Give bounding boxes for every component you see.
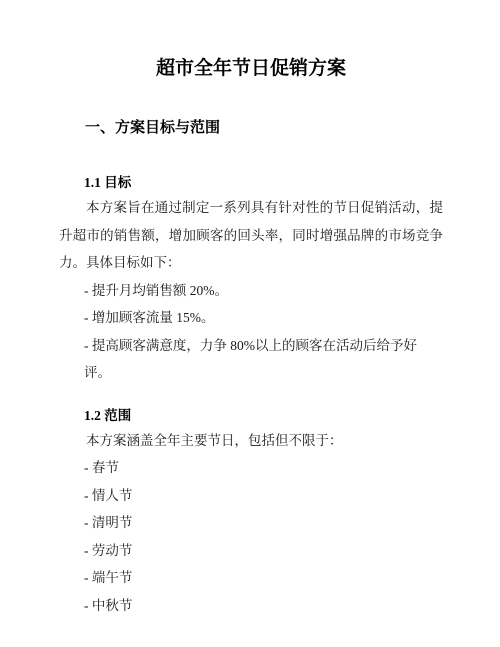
festival-bullet-labor-day: - 劳动节 xyxy=(84,537,443,565)
festival-bullet-qingming-festival: - 清明节 xyxy=(84,509,443,537)
goal-bullet-sales: - 提升月均销售额 20%。 xyxy=(84,277,443,305)
festival-bullet-spring-festival: - 春节 xyxy=(84,454,443,482)
document-page: 超市全年节日促销方案 一、方案目标与范围 1.1 目标 本方案旨在通过制定一系列… xyxy=(0,0,500,647)
paragraph-scope: 本方案涵盖全年主要节日，包括但不限于： xyxy=(59,427,443,455)
document-title: 超市全年节日促销方案 xyxy=(59,56,443,82)
festival-bullet-valentines-day: - 情人节 xyxy=(84,482,443,510)
festival-bullet-mid-autumn-festival: - 中秋节 xyxy=(84,592,443,620)
festival-bullet-dragon-boat-festival: - 端午节 xyxy=(84,564,443,592)
section-heading-1: 一、方案目标与范围 xyxy=(85,118,443,138)
subsection-heading-1-1: 1.1 目标 xyxy=(84,173,443,192)
paragraph-goals: 本方案旨在通过制定一系列具有针对性的节日促销活动，提升超市的销售额，增加顾客的回… xyxy=(59,194,443,277)
goal-bullet-satisfaction: - 提高顾客满意度，力争 80%以上的顾客在活动后给予好评。 xyxy=(84,332,443,387)
subsection-heading-1-2: 1.2 范围 xyxy=(84,406,443,425)
goal-bullet-traffic: - 增加顾客流量 15%。 xyxy=(84,304,443,332)
